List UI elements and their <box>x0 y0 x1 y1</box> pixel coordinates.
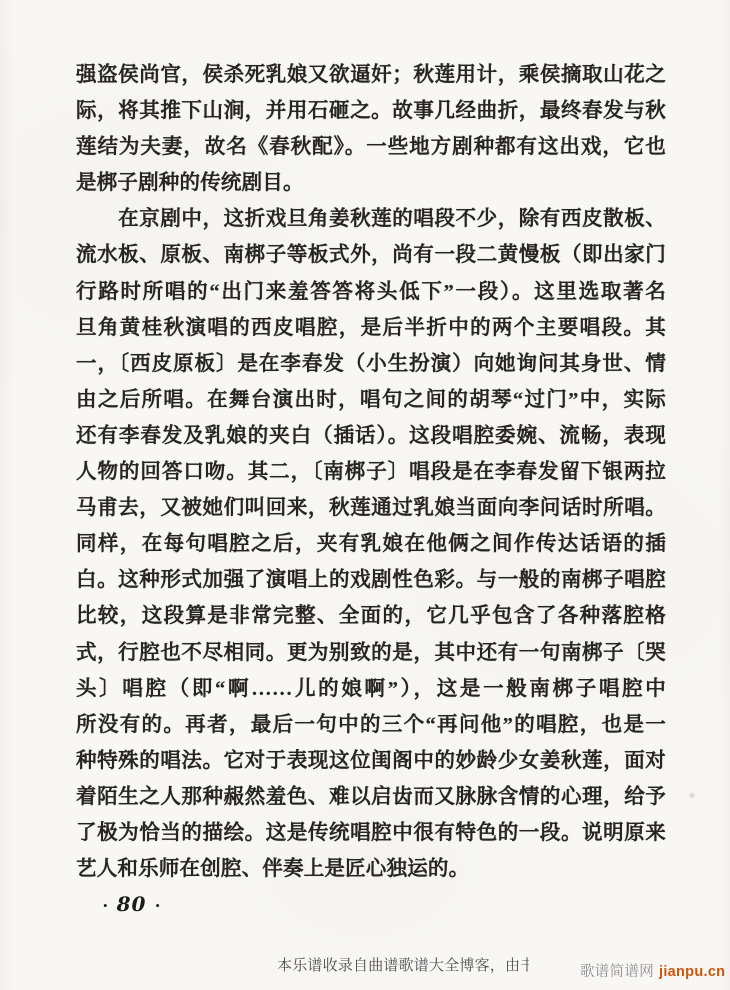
text-line: 了极为恰当的描绘。这是传统唱腔中很有特色的一段。说明原来 <box>76 815 666 851</box>
page-number: • 80 • <box>103 892 160 916</box>
text-line: 流水板、原板、南梆子等板式外，尚有一段二黄慢板（即出家门 <box>76 237 666 273</box>
text-line: 是梆子剧种的传统剧目。 <box>76 165 666 201</box>
text-line: 比较，这段算是非常完整、全面的，它几乎包含了各种落腔格 <box>76 598 666 634</box>
text-line: 头〕唱腔（即“啊……儿的娘啊”），这是一般南梆子唱腔中 <box>76 671 666 707</box>
text-line: 白。这种形式加强了演唱上的戏剧性色彩。与一般的南梆子唱腔 <box>76 562 666 598</box>
text-line-paragraph-end: 艺人和乐师在创腔、伴奏上是匠心独运的。 <box>76 851 666 887</box>
watermark-site-url: jianpu.cn <box>659 964 725 980</box>
scanned-book-page: 强盗侯尚官，侯杀死乳娘又欲逼奸；秋莲用计，乘侯摘取山花之 际，将其推下山涧，并用… <box>0 0 730 990</box>
text-line: 旦角黄桂秋演唱的西皮唱腔，是后半折中的两个主要唱段。其 <box>76 310 666 346</box>
text-line: 人物的回答口吻。其二，〔南梆子〕唱段是在李春发留下银两拉 <box>76 454 666 490</box>
watermark-site: 歌谱简谱网jianpu.cn <box>580 960 725 981</box>
text-line: 所没有的。再者，最后一句中的三个“再问他”的唱腔，也是一 <box>76 707 666 743</box>
scan-artifact-speck <box>688 792 696 799</box>
text-line: 马甫去，又被她们叫回来，秋莲通过乳娘当面向李问话时所唱。 <box>76 490 666 526</box>
text-line: 一，〔西皮原板〕是在李春发（小生扮演）向她询问其身世、情 <box>76 346 666 382</box>
page-number-value: 80 <box>117 892 147 916</box>
watermark-source-note: 本乐谱收录自曲谱歌谱大全博客，由书明 <box>277 954 529 975</box>
page-number-left-dot: • <box>103 899 108 912</box>
watermark-site-name: 歌谱简谱网 <box>580 964 654 980</box>
text-line: 强盗侯尚官，侯杀死乳娘又欲逼奸；秋莲用计，乘侯摘取山花之 <box>76 57 666 93</box>
text-line: 着陌生之人那种赧然羞色、难以启齿而又脉脉含情的心理，给予 <box>76 779 666 815</box>
watermark-source-text: 本乐谱收录自曲谱歌谱大全博客，由书 <box>277 957 529 974</box>
text-line: 由之后所唱。在舞台演出时，唱句之间的胡琴“过门”中，实际 <box>76 382 666 418</box>
text-line: 还有李春发及乳娘的夹白（插话）。这段唱腔委婉、流畅，表现 <box>76 418 666 454</box>
text-line: 际，将其推下山涧，并用石砸之。故事几经曲折，最终春发与秋 <box>76 93 666 129</box>
text-line: 式，行腔也不尽相同。更为别致的是，其中还有一句南梆子〔哭 <box>76 635 666 671</box>
body-text: 强盗侯尚官，侯杀死乳娘又欲逼奸；秋莲用计，乘侯摘取山花之 际，将其推下山涧，并用… <box>76 57 666 887</box>
text-line-paragraph-start: 在京剧中，这折戏旦角姜秋莲的唱段不少，除有西皮散板、 <box>76 201 666 237</box>
text-line: 种特殊的唱法。它对于表现这位闺阁中的妙龄少女姜秋莲，面对 <box>76 743 666 779</box>
text-line: 莲结为夫妻，故名《春秋配》。一些地方剧种都有这出戏，它也 <box>76 129 666 165</box>
text-line: 同样，在每句唱腔之后，夹有乳娘在他俩之间作传达话语的插 <box>76 526 666 562</box>
page-number-right-dot: • <box>155 899 160 912</box>
text-line: 行路时所唱的“出门来羞答答将头低下”一段）。这里选取著名 <box>76 274 666 310</box>
